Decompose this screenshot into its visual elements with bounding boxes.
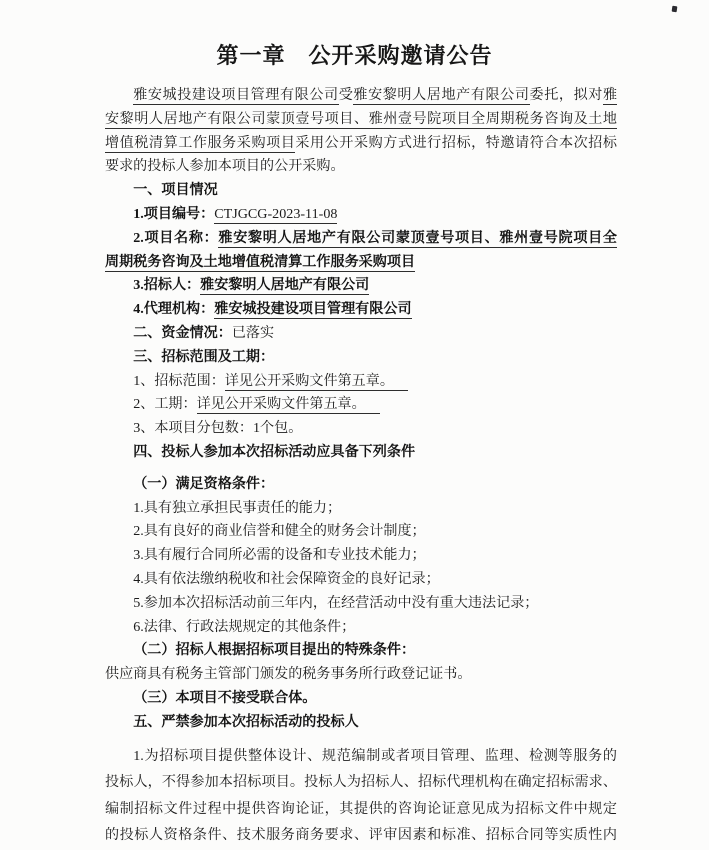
document-line: 6.法律、行政法规规定的其他条件； bbox=[105, 616, 617, 640]
document-line: 2、工期：详见公开采购文件第五章。 bbox=[105, 393, 617, 417]
text-segment: 3.具有履行合同所必需的设备和专业技术能力； bbox=[133, 547, 425, 563]
text-segment: 详见公开采购文件第五章。 bbox=[225, 373, 408, 391]
document-line: 1.项目编号：CTJGCG-2023-11-08 bbox=[105, 203, 617, 227]
text-segment: 五、严禁参加本次招标活动的投标人 bbox=[133, 714, 359, 730]
document-page: 第一章 公开采购邀请公告 雅安城投建设项目管理有限公司受雅安黎明人居地产有限公司… bbox=[0, 0, 709, 850]
document-line: 增值税清算工作服务采购项目采用公开采购方式进行招标，特邀请符合本次招标 bbox=[105, 132, 617, 156]
document-body: 雅安城投建设项目管理有限公司受雅安黎明人居地产有限公司委托，拟对雅安黎明人居地产… bbox=[105, 84, 617, 849]
document-line: 五、严禁参加本次招标活动的投标人 bbox=[105, 711, 617, 735]
document-line: 1.具有独立承担民事责任的能力； bbox=[105, 497, 617, 521]
document-line: （二）招标人根据招标项目提出的特殊条件： bbox=[105, 639, 617, 663]
document-line: 供应商具有税务主管部门颁发的税务事务所行政登记证书。 bbox=[105, 663, 617, 687]
text-segment: 2、工期： bbox=[133, 396, 196, 412]
text-segment: 雅安黎明人居地产有限公司 bbox=[200, 277, 369, 295]
document-line: 4.具有依法缴纳税收和社会保障资金的良好记录； bbox=[105, 568, 617, 592]
document-line: 2.项目名称：雅安黎明人居地产有限公司蒙顶壹号项目、雅州壹号院项目全 bbox=[105, 227, 617, 251]
text-segment: 安黎明人居地产有限公司蒙顶壹号项目、雅州壹号院项目全周期税务咨询及土地 bbox=[105, 111, 617, 129]
document-line: 三、招标范围及工期： bbox=[105, 346, 617, 370]
text-segment: 要求的投标人参加本项目的公开采购。 bbox=[105, 158, 345, 174]
document-line: 安黎明人居地产有限公司蒙顶壹号项目、雅州壹号院项目全周期税务咨询及土地 bbox=[105, 108, 617, 132]
text-segment: 供应商具有税务主管部门颁发的税务事务所行政登记证书。 bbox=[105, 666, 471, 682]
document-line: 一、项目情况 bbox=[105, 179, 617, 203]
text-segment: 3.招标人： bbox=[133, 277, 200, 293]
document-line: 3.具有履行合同所必需的设备和专业技术能力； bbox=[105, 544, 617, 568]
document-line: 2.具有良好的商业信誉和健全的财务会计制度； bbox=[105, 520, 617, 544]
text-segment: （二）招标人根据招标项目提出的特殊条件： bbox=[133, 642, 415, 658]
document-line: 4.代理机构：雅安城投建设项目管理有限公司 bbox=[105, 298, 617, 322]
text-segment: 雅安城投建设项目管理有限公司 bbox=[133, 87, 339, 105]
document-line: 四、投标人参加本次招标活动应具备下列条件 bbox=[105, 441, 617, 465]
text-segment: 编制招标文件过程中提供咨询论证，其提供的咨询论证意见成为招标文件中规定 bbox=[105, 801, 617, 817]
text-segment: 5.参加本次招标活动前三年内，在经营活动中没有重大违法记录； bbox=[133, 595, 538, 611]
page-title: 第一章 公开采购邀请公告 bbox=[0, 39, 709, 70]
text-segment: 采用公开采购方式进行招标，特邀请符合本次招标 bbox=[295, 135, 617, 151]
text-segment: （一）满足资格条件： bbox=[133, 476, 274, 492]
text-segment: 1.为招标项目提供整体设计、规范编制或者项目管理、监理、检测等服务的 bbox=[133, 748, 617, 764]
text-segment: 4.具有依法缴纳税收和社会保障资金的良好记录； bbox=[133, 571, 440, 587]
document-line: 5.参加本次招标活动前三年内，在经营活动中没有重大违法记录； bbox=[105, 592, 617, 616]
scan-artifact bbox=[672, 6, 678, 13]
text-segment: 增值税清算工作服务采购项目 bbox=[105, 135, 295, 153]
text-segment: 1.具有独立承担民事责任的能力； bbox=[133, 500, 341, 516]
text-segment: CTJGCG-2023-11-08 bbox=[214, 206, 337, 224]
document-line: （三）本项目不接受联合体。 bbox=[105, 687, 617, 711]
text-segment: 2.具有良好的商业信誉和健全的财务会计制度； bbox=[133, 523, 425, 539]
text-segment: 雅 bbox=[603, 87, 617, 105]
text-segment: 周期税务咨询及土地增值税清算工作服务采购项目 bbox=[105, 254, 415, 272]
text-segment: 详见公开采购文件第五章。 bbox=[197, 396, 380, 414]
text-segment: 一、项目情况 bbox=[133, 182, 218, 198]
text-segment: 雅安城投建设项目管理有限公司 bbox=[214, 301, 411, 319]
text-segment: 6.法律、行政法规规定的其他条件； bbox=[133, 619, 355, 635]
text-segment: 1.项目编号： bbox=[133, 206, 214, 222]
text-segment: 受 bbox=[339, 87, 354, 103]
document-line: 3、本项目分包数：1个包。 bbox=[105, 417, 617, 441]
document-line: 3.招标人：雅安黎明人居地产有限公司 bbox=[105, 274, 617, 298]
text-segment: 已落实 bbox=[232, 325, 274, 341]
document-line: 1.为招标项目提供整体设计、规范编制或者项目管理、监理、检测等服务的 bbox=[105, 743, 617, 770]
text-segment: 二、资金情况： bbox=[133, 325, 232, 341]
text-segment: 的投标人资格条件、技术服务商务要求、评审因素和标准、招标合同等实质性内 bbox=[105, 827, 617, 843]
text-segment: 委托，拟对 bbox=[530, 87, 603, 103]
text-segment: 雅安黎明人居地产有限公司 bbox=[353, 87, 529, 105]
document-line: 二、资金情况：已落实 bbox=[105, 322, 617, 346]
document-line: （一）满足资格条件： bbox=[105, 473, 617, 497]
document-line: 雅安城投建设项目管理有限公司受雅安黎明人居地产有限公司委托，拟对雅 bbox=[105, 84, 617, 108]
text-segment: 投标人，不得参加本招标项目。投标人为招标人、招标代理机构在确定招标需求、 bbox=[105, 774, 617, 790]
text-segment: 雅安黎明人居地产有限公司蒙顶壹号项目、雅州壹号院项目全 bbox=[218, 230, 617, 248]
text-segment: （三）本项目不接受联合体。 bbox=[133, 690, 316, 706]
text-segment: 4.代理机构： bbox=[133, 301, 214, 317]
document-line: 要求的投标人参加本项目的公开采购。 bbox=[105, 155, 617, 179]
document-line: 1、招标范围：详见公开采购文件第五章。 bbox=[105, 370, 617, 394]
document-line: 投标人，不得参加本招标项目。投标人为招标人、招标代理机构在确定招标需求、 bbox=[105, 769, 617, 796]
document-line: 周期税务咨询及土地增值税清算工作服务采购项目 bbox=[105, 251, 617, 275]
text-segment: 四、投标人参加本次招标活动应具备下列条件 bbox=[133, 444, 415, 460]
document-line: 编制招标文件过程中提供咨询论证，其提供的咨询论证意见成为招标文件中规定 bbox=[105, 796, 617, 823]
text-segment: 1、招标范围： bbox=[133, 373, 225, 389]
document-line: 的投标人资格条件、技术服务商务要求、评审因素和标准、招标合同等实质性内 bbox=[105, 822, 617, 849]
text-segment: 三、招标范围及工期： bbox=[133, 349, 274, 365]
text-segment: 2.项目名称： bbox=[133, 230, 218, 246]
text-segment: 3、本项目分包数：1个包。 bbox=[133, 420, 302, 436]
